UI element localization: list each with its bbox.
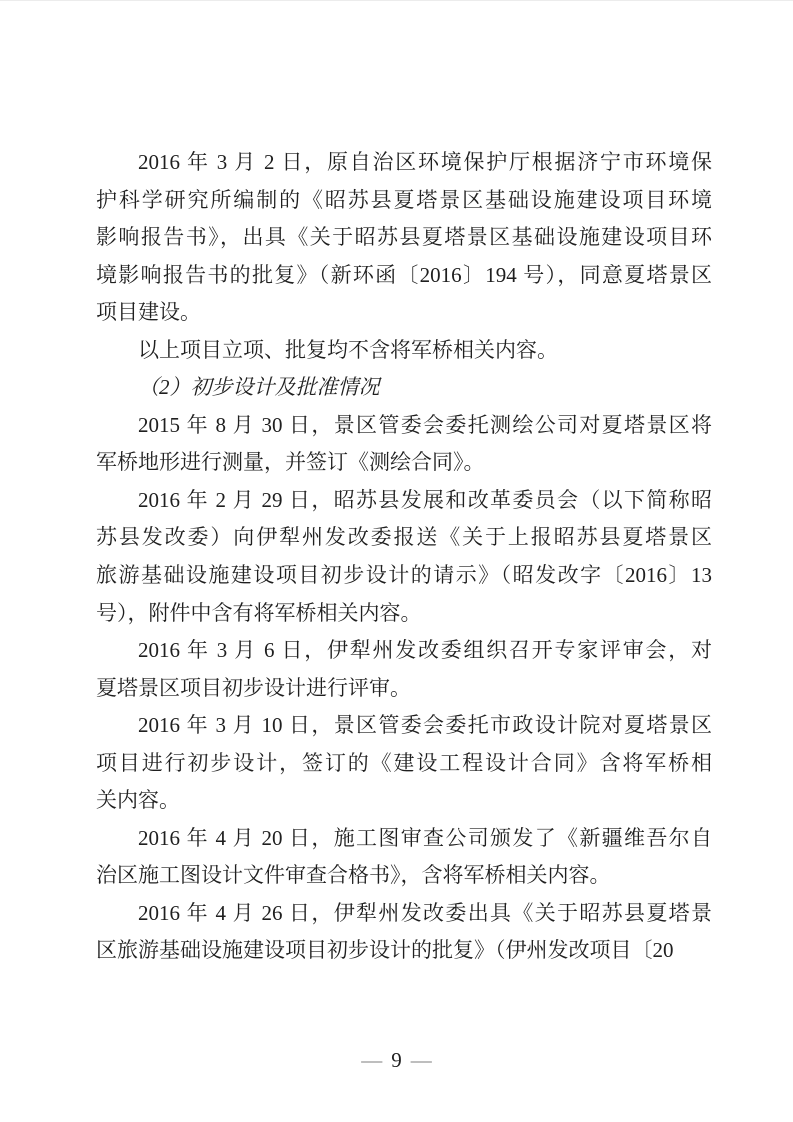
- body-paragraph: 2015 年 8 月 30 日，景区管委会委托测绘公司对夏塔景区将军桥地形进行测…: [96, 407, 712, 482]
- page-footer: —9—: [0, 1047, 793, 1073]
- footer-dash-left: —: [352, 1048, 391, 1072]
- document-page: 2016 年 3 月 2 日，原自治区环境保护厅根据济宁市环境保护科学研究所编制…: [0, 0, 793, 1122]
- text-line: 夏塔景区项目初步设计进行评审。: [96, 670, 712, 708]
- text-line: 2016 年 4 月 26 日，伊犁州发改委出具《关于昭苏县夏塔景: [96, 895, 712, 933]
- body-paragraph: 以上项目立项、批复均不含将军桥相关内容。: [96, 332, 712, 370]
- text-line: 苏县发改委）向伊犁州发改委报送《关于上报昭苏县夏塔景区: [96, 519, 712, 557]
- text-line: 2016 年 3 月 6 日，伊犁州发改委组织召开专家评审会，对: [96, 632, 712, 670]
- text-line: 旅游基础设施建设项目初步设计的请示》（昭发改字〔2016〕13: [96, 557, 712, 595]
- text-line: 项目进行初步设计，签订的《建设工程设计合同》含将军桥相: [96, 745, 712, 783]
- document-body: 2016 年 3 月 2 日，原自治区环境保护厅根据济宁市环境保护科学研究所编制…: [96, 144, 712, 970]
- footer-dash-right: —: [402, 1048, 441, 1072]
- text-line: 影响报告书》，出具《关于昭苏县夏塔景区基础设施建设项目环: [96, 219, 712, 257]
- text-line: 号），附件中含有将军桥相关内容。: [96, 595, 712, 633]
- text-line: 2015 年 8 月 30 日，景区管委会委托测绘公司对夏塔景区将: [96, 407, 712, 445]
- text-line: 军桥地形进行测量，并签订《测绘合同》。: [96, 444, 712, 482]
- text-line: 2016 年 2 月 29 日，昭苏县发展和改革委员会（以下简称昭: [96, 482, 712, 520]
- text-line: 2016 年 4 月 20 日，施工图审查公司颁发了《新疆维吾尔自: [96, 820, 712, 858]
- text-line: 2016 年 3 月 2 日，原自治区环境保护厅根据济宁市环境保: [96, 144, 712, 182]
- body-paragraph: 2016 年 3 月 10 日，景区管委会委托市政设计院对夏塔景区项目进行初步设…: [96, 707, 712, 820]
- body-paragraph: 2016 年 3 月 2 日，原自治区环境保护厅根据济宁市环境保护科学研究所编制…: [96, 144, 712, 332]
- text-line: 区旅游基础设施建设项目初步设计的批复》（伊州发改项目〔20: [96, 932, 712, 970]
- body-paragraph: 2016 年 3 月 6 日，伊犁州发改委组织召开专家评审会，对夏塔景区项目初步…: [96, 632, 712, 707]
- subheading-line: （2）初步设计及批准情况: [96, 369, 712, 407]
- text-line: 2016 年 3 月 10 日，景区管委会委托市政设计院对夏塔景区: [96, 707, 712, 745]
- body-paragraph: 2016 年 4 月 20 日，施工图审查公司颁发了《新疆维吾尔自治区施工图设计…: [96, 820, 712, 895]
- page-number: 9: [391, 1048, 402, 1072]
- body-paragraph: 2016 年 4 月 26 日，伊犁州发改委出具《关于昭苏县夏塔景区旅游基础设施…: [96, 895, 712, 970]
- text-line: 以上项目立项、批复均不含将军桥相关内容。: [96, 332, 712, 370]
- text-line: 护科学研究所编制的《昭苏县夏塔景区基础设施建设项目环境: [96, 182, 712, 220]
- text-line: 境影响报告书的批复》（新环函〔2016〕194 号），同意夏塔景区: [96, 257, 712, 295]
- body-paragraph: 2016 年 2 月 29 日，昭苏县发展和改革委员会（以下简称昭苏县发改委）向…: [96, 482, 712, 632]
- subheading-paragraph: （2）初步设计及批准情况: [96, 369, 712, 407]
- text-line: 关内容。: [96, 782, 712, 820]
- text-line: 项目建设。: [96, 294, 712, 332]
- text-line: 治区施工图设计文件审查合格书》，含将军桥相关内容。: [96, 857, 712, 895]
